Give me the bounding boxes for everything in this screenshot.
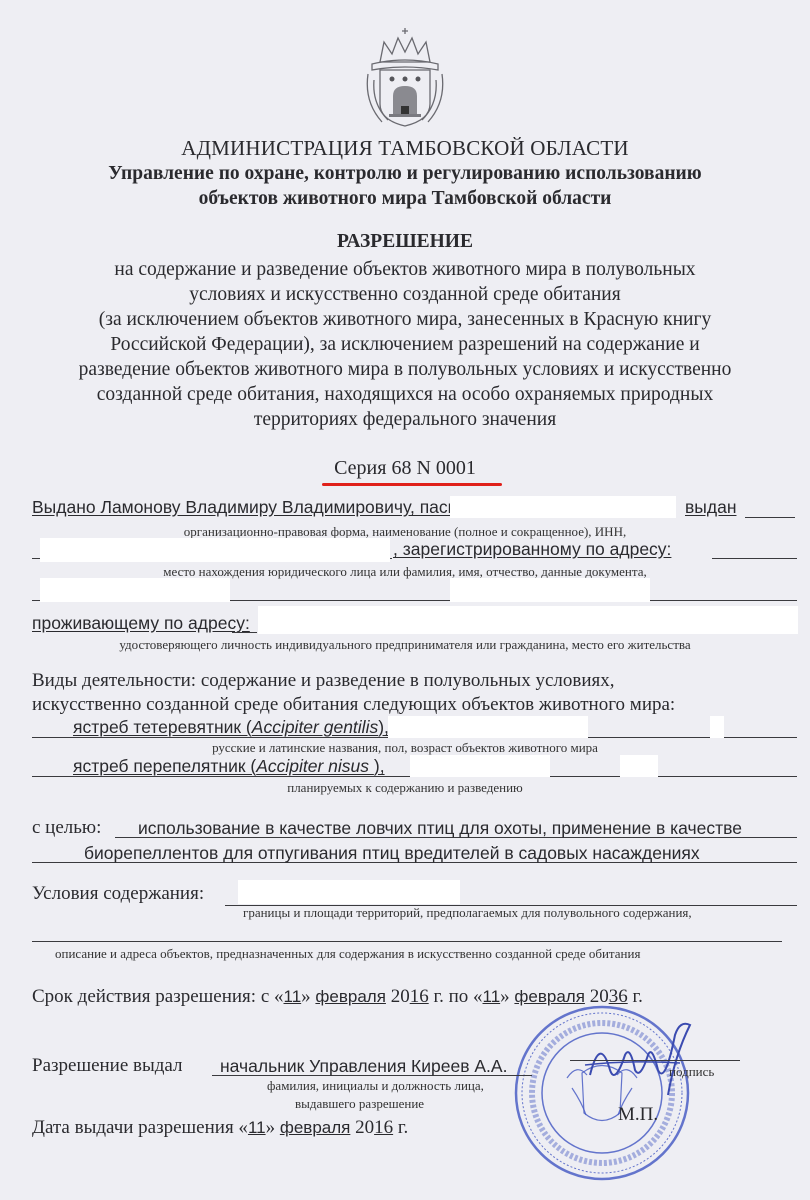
redacted-field (620, 755, 658, 777)
description-line: на содержание и разведение объектов живо… (0, 257, 810, 282)
validity-to-day: 11 (483, 987, 501, 1006)
activities-intro: искусственно созданной среде обитания сл… (32, 694, 675, 716)
department-heading-line2: объектов животного мира Тамбовской облас… (0, 188, 810, 210)
text: 20 (386, 986, 410, 1007)
redacted-field (450, 578, 650, 602)
series-number: Серия 68 N 0001 (0, 457, 810, 480)
hint-text: выдавшего разрешение (295, 1096, 424, 1112)
hint-text: границы и площади территорий, предполага… (243, 905, 692, 921)
fill-rule (232, 632, 257, 633)
animal-2-end: ), (374, 756, 385, 776)
animal-2-latin: Accipiter nisus (256, 756, 374, 776)
fill-rule (745, 517, 795, 518)
description-line: (за исключением объектов животного мира,… (0, 307, 810, 332)
purpose-line-1: использование в качестве ловчих птиц для… (138, 818, 742, 839)
redacted-field (40, 578, 230, 602)
issuer-value: начальник Управления Киреев А.А. (220, 1056, 507, 1077)
animal-2: ястреб перепелятник (Accipiter nisus ), (73, 756, 385, 777)
text: г. по « (429, 986, 483, 1007)
issued-label: выдан (685, 497, 736, 518)
text: 20 (350, 1117, 374, 1138)
registered-address-label: , зарегистрированному по адресу: (393, 539, 671, 560)
redacted-field (40, 538, 390, 562)
redacted-passport (450, 496, 676, 518)
validity-from-year: 16 (410, 986, 429, 1007)
permit-document: АДМИНИСТРАЦИЯ ТАМБОВСКОЙ ОБЛАСТИ Управле… (0, 0, 810, 1200)
activities-intro: Виды деятельности: содержание и разведен… (32, 670, 615, 692)
signature-hint: подпись (669, 1064, 714, 1080)
issue-day: 11 (248, 1118, 266, 1137)
animal-1-latin: Accipiter gentilis (252, 717, 378, 737)
issued-to-line: Выдано Ламонову Владимиру Владимировичу,… (32, 497, 484, 518)
fill-rule (712, 558, 797, 559)
series-underline (322, 483, 502, 486)
hint-text: удостоверяющего личность индивидуального… (0, 637, 810, 653)
redacted-field (710, 716, 724, 738)
issue-date: Дата выдачи разрешения «11» февраля 2016… (32, 1117, 408, 1139)
administration-heading: АДМИНИСТРАЦИЯ ТАМБОВСКОЙ ОБЛАСТИ (0, 136, 810, 161)
document-title: РАЗРЕШЕНИЕ (0, 231, 810, 253)
validity-from-day: 11 (284, 987, 302, 1006)
text: » (301, 986, 315, 1007)
description-line: созданной среде обитания, находящихся на… (0, 382, 810, 407)
coat-of-arms-icon (360, 24, 450, 132)
residence-address-label: проживающему по адресу: (32, 613, 250, 634)
animal-2-russian: ястреб перепелятник ( (73, 756, 256, 776)
description-line: условиях и искусственно созданной среде … (0, 282, 810, 307)
description-line: территориях федерального значения (0, 407, 810, 432)
issue-date-label: Дата выдачи разрешения « (32, 1117, 248, 1138)
redacted-field (238, 880, 460, 904)
conditions-label: Условия содержания: (32, 883, 204, 905)
validity-label: Срок действия разрешения: с « (32, 986, 284, 1007)
issuer-label: Разрешение выдал (32, 1055, 183, 1077)
hint-text: описание и адреса объектов, предназначен… (55, 946, 640, 962)
signature-rule (570, 1060, 740, 1061)
issue-month: февраля (280, 1118, 351, 1137)
text: г. (393, 1117, 408, 1138)
redacted-field (410, 755, 550, 777)
fill-rule (32, 941, 782, 942)
department-heading-line1: Управление по охране, контролю и регулир… (0, 163, 810, 185)
purpose-line-2: биорепеллентов для отпугивания птиц вред… (84, 843, 700, 864)
animal-1: ястреб тетеревятник (Accipiter gentilis)… (73, 717, 389, 738)
description-line: Российской Федерации), за исключением ра… (0, 332, 810, 357)
text: » (266, 1117, 280, 1138)
issue-year: 16 (374, 1117, 393, 1138)
animal-1-russian: ястреб тетеревятник ( (73, 717, 252, 737)
hint-text: русские и латинские названия, пол, возра… (0, 740, 810, 756)
redacted-address (258, 606, 798, 634)
seal-place-label: М.П. (618, 1104, 658, 1126)
purpose-label: с целью: (32, 817, 101, 839)
redacted-field (388, 716, 588, 738)
hint-text: планируемых к содержанию и разведению (0, 780, 810, 796)
validity-from-month: февраля (315, 987, 386, 1006)
hint-text: фамилия, инициалы и должность лица, (267, 1078, 484, 1094)
description-line: разведение объектов животного мира в пол… (0, 357, 810, 382)
